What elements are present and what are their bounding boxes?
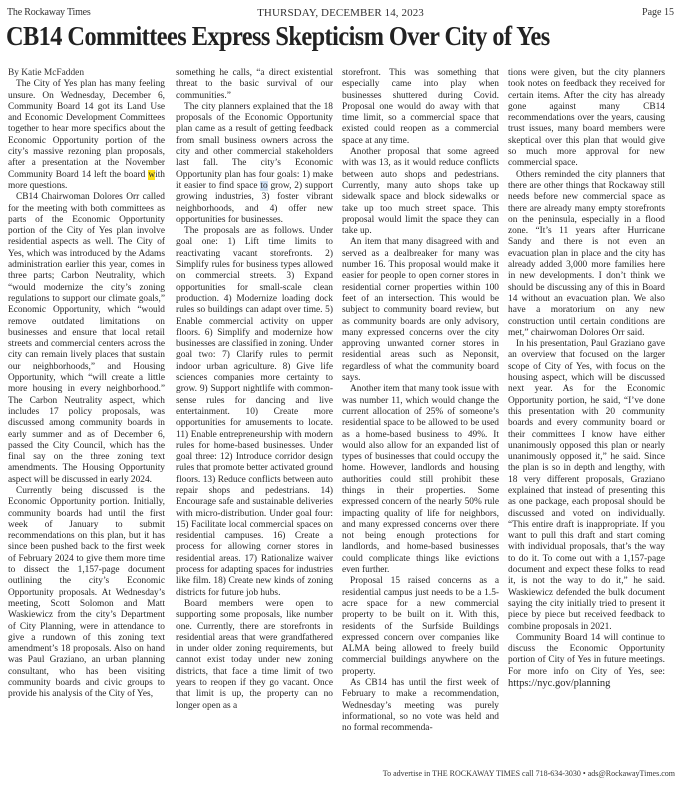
paragraph: Another item that many took issue with w… xyxy=(342,384,499,576)
paragraph: The city planners explained that the 18 … xyxy=(176,102,333,226)
paragraph: Another proposal that some agreed with w… xyxy=(342,147,499,237)
paragraph: tions were given, but the city planners … xyxy=(508,68,665,170)
text-selection[interactable]: to xyxy=(260,181,267,191)
paragraph: Community Board 14 will continue to disc… xyxy=(508,633,665,690)
paragraph: In his presentation, Paul Graziano gave … xyxy=(508,339,665,633)
paragraph: The proposals are as follows. Under goal… xyxy=(176,226,333,599)
article-headline: CB14 Committees Express Skepticism Over … xyxy=(6,21,611,52)
column-2: something he calls, “a direct existentia… xyxy=(176,68,333,712)
paragraph: something he calls, “a direct existentia… xyxy=(176,68,333,102)
column-3: storefront. This was something that espe… xyxy=(342,68,499,735)
paragraph: As CB14 has until the first week of Febr… xyxy=(342,678,499,734)
paragraph: Proposal 15 raised concerns as a residen… xyxy=(342,576,499,678)
column-4: tions were given, but the city planners … xyxy=(508,68,665,690)
advertising-footer: To advertise in THE ROCKAWAY TIMES call … xyxy=(383,769,675,778)
page-number: Page 15 xyxy=(642,7,674,18)
paragraph: Board members were open to supporting so… xyxy=(176,599,333,712)
column-1: By Katie McFadden The City of Yes plan h… xyxy=(8,68,165,701)
paragraph: Others reminded the city planners that t… xyxy=(508,170,665,339)
byline: By Katie McFadden xyxy=(8,68,165,79)
planning-link[interactable]: https://nyc.gov/planning xyxy=(508,678,610,689)
issue-date: THURSDAY, DECEMBER 14, 2023 xyxy=(7,7,674,19)
masthead: The Rockaway Times THURSDAY, DECEMBER 14… xyxy=(7,7,674,21)
paragraph: An item that many disagreed with and ser… xyxy=(342,237,499,384)
article-body: By Katie McFadden The City of Yes plan h… xyxy=(8,68,674,760)
paragraph: storefront. This was something that espe… xyxy=(342,68,499,147)
paragraph: Currently being discussed is the Economi… xyxy=(8,486,165,701)
paragraph: CB14 Chairwoman Dolores Orr called for t… xyxy=(8,192,165,486)
paragraph: The City of Yes plan has many feeling un… xyxy=(8,79,165,192)
